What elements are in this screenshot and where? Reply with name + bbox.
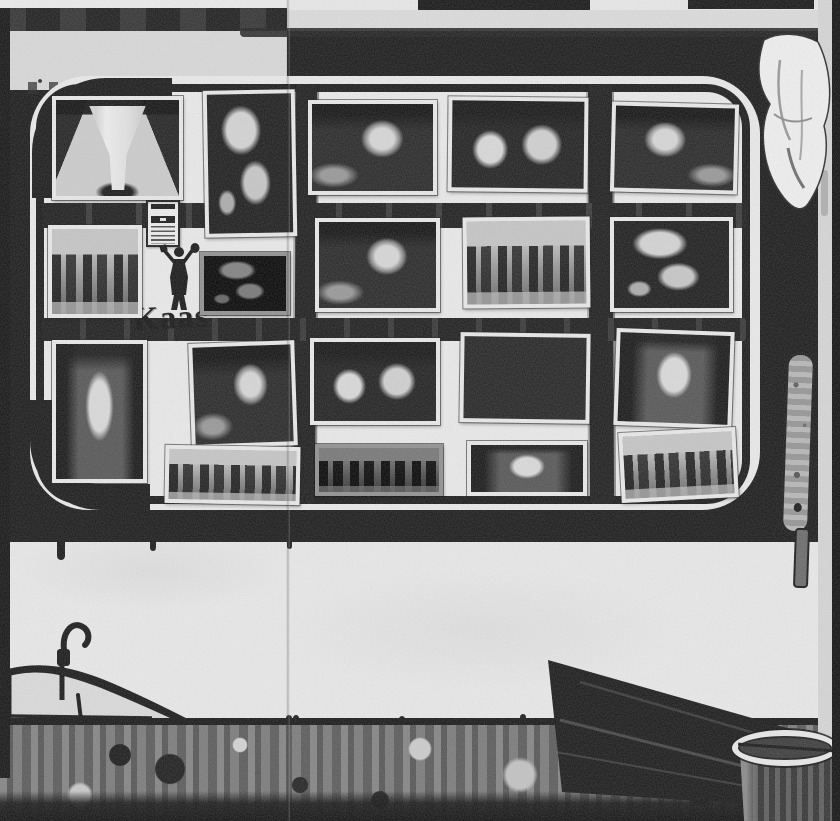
pasted-photo xyxy=(463,216,591,308)
pasted-photo xyxy=(613,328,734,429)
shop-window: Kaas xyxy=(30,76,760,510)
top-black-patch xyxy=(418,0,590,10)
pasted-photo xyxy=(52,96,183,200)
photo-edge-left xyxy=(0,8,10,778)
zinc-bucket xyxy=(730,724,840,821)
notice-price-bar xyxy=(151,216,175,223)
pasted-photo xyxy=(459,332,590,424)
paint-drip xyxy=(57,540,65,560)
pasted-photo xyxy=(467,441,587,496)
top-margin-left xyxy=(0,0,287,8)
pasted-photo xyxy=(203,89,298,238)
pasted-photo xyxy=(618,427,739,503)
pasted-photo xyxy=(315,218,440,312)
paint-drip xyxy=(150,540,156,551)
photo-edge-right xyxy=(832,0,840,821)
pasted-photo xyxy=(308,100,437,195)
notice-header-bar xyxy=(151,204,175,209)
pasted-photo xyxy=(48,225,142,318)
top-black-patch xyxy=(688,0,814,9)
pasted-photo xyxy=(52,340,147,483)
pasted-photo xyxy=(165,445,301,505)
ragged-paint-line xyxy=(240,28,822,37)
hanging-strap xyxy=(780,352,816,535)
strap-hole xyxy=(794,503,802,512)
hanging-white-rag xyxy=(750,30,840,220)
pasted-photo xyxy=(188,340,298,449)
album-cover-photo: Kaas xyxy=(0,0,840,821)
pasted-photo xyxy=(610,217,733,312)
gatefold-seam xyxy=(286,0,290,821)
pasted-photo xyxy=(315,444,443,496)
notice-text-lines xyxy=(151,226,175,244)
pasted-photo xyxy=(610,101,739,194)
pasted-photo xyxy=(310,338,440,425)
pasted-photo xyxy=(200,252,290,315)
pasted-photo xyxy=(448,96,589,192)
strap-tail xyxy=(793,528,810,588)
notice-card xyxy=(146,200,180,247)
